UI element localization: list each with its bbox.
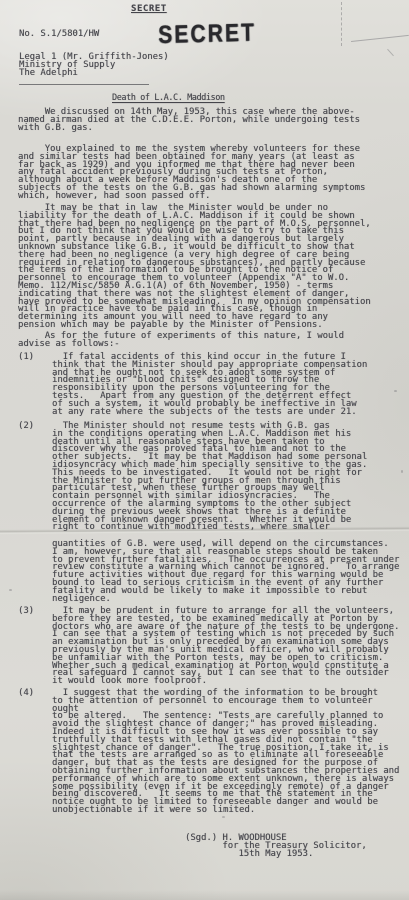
paper-speck (401, 470, 403, 473)
intro-paragraph-4: As for the future of experiments of this… (18, 333, 396, 349)
advice-item-1: (1) If fatal accidents of this kind occu… (18, 354, 403, 416)
address-underline-rule (19, 84, 149, 85)
item-text-1: If fatal accidents of this kind occur in… (52, 354, 403, 416)
intro-paragraph-2: You explained to me the system whereby v… (18, 146, 396, 201)
scanned-document-page: SECRET SECRET No. S.1/5801/HW Legal 1 (M… (0, 0, 409, 900)
recipient-address: Legal 1 (Mr. Griffith-Jones) Ministry of… (19, 54, 169, 77)
document-title: Death of L.A.C. Maddison (112, 94, 225, 102)
item-number-1: (1) (18, 354, 52, 416)
item-text-2: The Minister should not resume tests wit… (52, 423, 403, 532)
paper-crease-dashed (341, 2, 342, 46)
advice-item-3: (3) It may be prudent in future to arran… (18, 608, 403, 686)
signature-block: (Sgd.) H. WOODHOUSE for the Treasury Sol… (185, 834, 367, 859)
secret-rubber-stamp: SECRET (158, 19, 256, 50)
paper-speck (394, 390, 397, 392)
item-number-3: (3) (18, 608, 52, 686)
item-text-4: I suggest that the wording of the inform… (52, 690, 403, 815)
continuation-paragraph: quantities of G.B. were used, will depen… (52, 541, 404, 603)
typed-classification-header: SECRET (131, 6, 167, 14)
paper-speck (222, 816, 225, 818)
intro-paragraph-1: We discussed on 14th May, 1953, this cas… (18, 109, 396, 132)
item-number-4: (4) (18, 690, 52, 815)
paper-speck (9, 589, 12, 591)
pencil-mark-line (351, 35, 409, 42)
item-number-2: (2) (18, 423, 52, 532)
reference-number: No. S.1/5801/HW (19, 31, 99, 39)
advice-item-4: (4) I suggest that the wording of the in… (18, 690, 403, 815)
item-text-3: It may be prudent in future to arrange f… (52, 608, 403, 686)
intro-paragraph-3: It may be that in law the Minister would… (18, 205, 396, 330)
pencil-mark-tick (387, 49, 394, 56)
page-bottom-shading (0, 890, 409, 900)
advice-item-2: (2) The Minister should not resume tests… (18, 423, 403, 532)
